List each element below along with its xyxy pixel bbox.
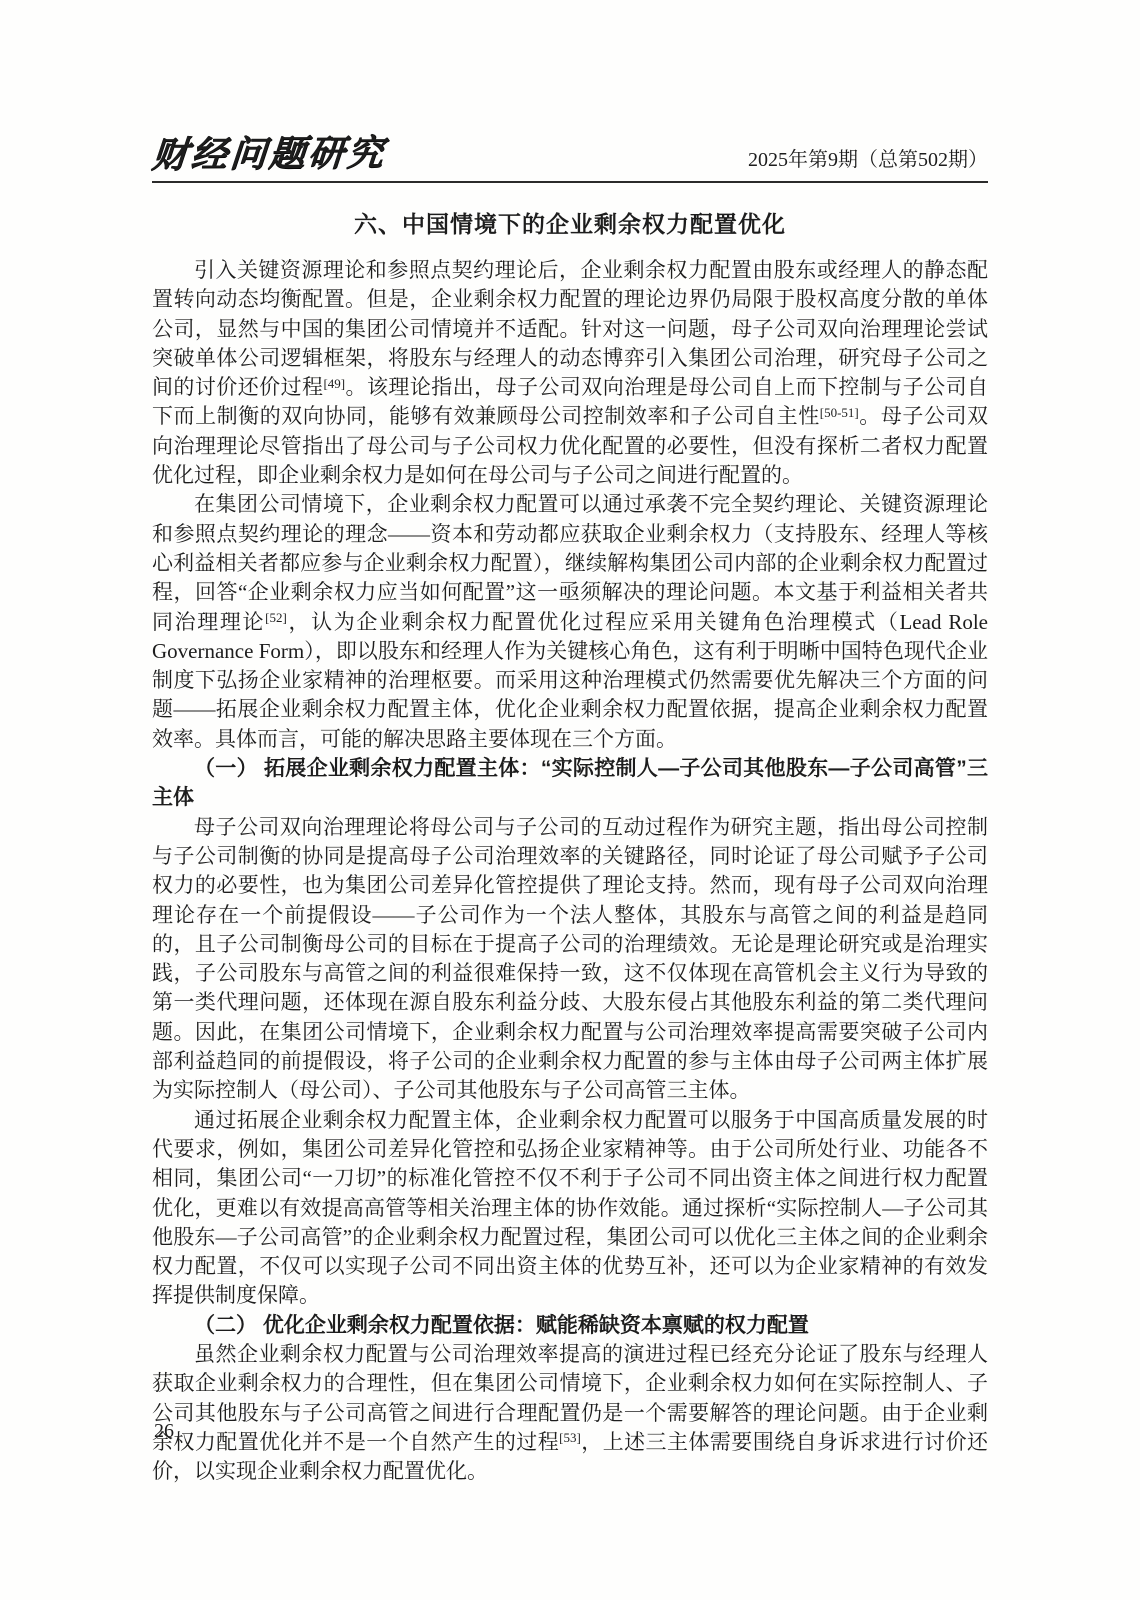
- page-number: 26: [154, 1420, 174, 1443]
- journal-page: 财经问题研究 2025年第9期（总第502期） 六、中国情境下的企业剩余权力配置…: [0, 0, 1140, 1600]
- paragraph-2: 在集团公司情境下，企业剩余权力配置可以通过承袭不完全契约理论、关键资源理论和参照…: [152, 490, 988, 754]
- section-title: 六、中国情境下的企业剩余权力配置优化: [152, 206, 988, 239]
- journal-logo: 财经问题研究: [150, 135, 387, 173]
- body-text: ，认为企业剩余权力配置优化过程应采用关键角色治理模式（Lead Role Gov…: [152, 610, 988, 751]
- paragraph-5: 虽然企业剩余权力配置与公司治理效率提高的演进过程已经充分论证了股东与经理人获取企…: [152, 1340, 988, 1486]
- citation-ref-50-51: [50-51]: [820, 405, 859, 420]
- subsection-heading-1: （一） 拓展企业剩余权力配置主体：“实际控制人—子公司其他股东—子公司高管”三主…: [152, 754, 988, 813]
- issue-info: 2025年第9期（总第502期）: [748, 150, 988, 172]
- header-divider: [152, 181, 988, 183]
- citation-ref-52: [52]: [265, 610, 287, 625]
- citation-ref-49: [49]: [323, 376, 345, 391]
- paragraph-1: 引入关键资源理论和参照点契约理论后，企业剩余权力配置由股东或经理人的静态配置转向…: [152, 256, 988, 490]
- article-body: 引入关键资源理论和参照点契约理论后，企业剩余权力配置由股东或经理人的静态配置转向…: [152, 256, 988, 1486]
- paragraph-3: 母子公司双向治理理论将母公司与子公司的互动过程作为研究主题，指出母公司控制与子公…: [152, 813, 988, 1106]
- subsection-heading-2: （二） 优化企业剩余权力配置依据：赋能稀缺资本禀赋的权力配置: [152, 1311, 988, 1340]
- paragraph-4: 通过拓展企业剩余权力配置主体，企业剩余权力配置可以服务于中国高质量发展的时代要求…: [152, 1106, 988, 1311]
- citation-ref-53: [53]: [559, 1430, 581, 1445]
- page-header: 财经问题研究 2025年第9期（总第502期）: [152, 130, 988, 172]
